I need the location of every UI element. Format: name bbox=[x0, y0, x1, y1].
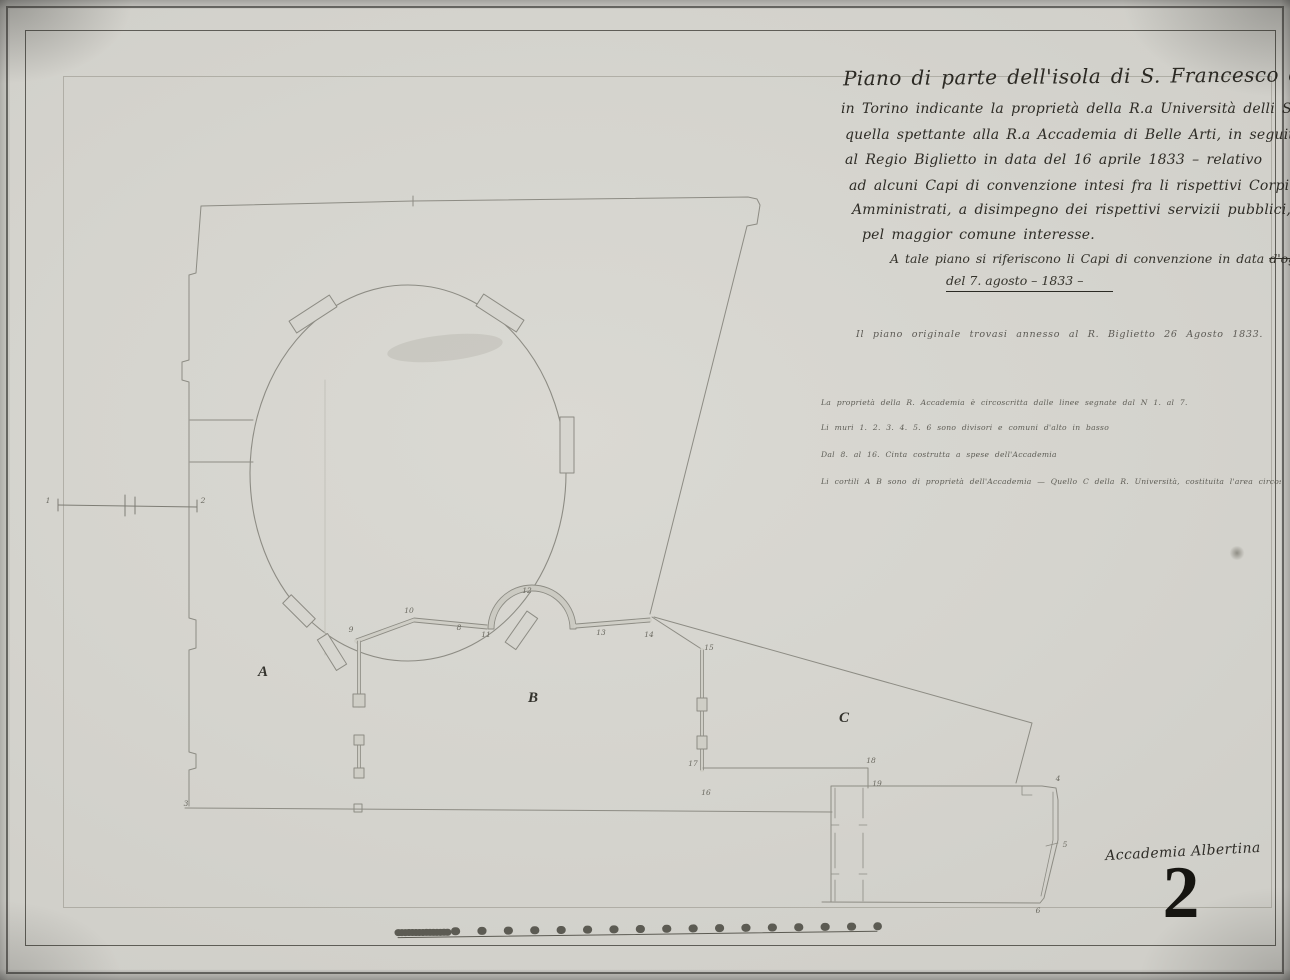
wall-b-c bbox=[697, 650, 707, 770]
wall-c-bottom-line bbox=[703, 768, 868, 788]
plate-number: 2 bbox=[1126, 856, 1236, 930]
scale-bar bbox=[398, 926, 878, 937]
archival-photograph: A B C 1 2 3 9 10 8 11 12 13 14 15 16 17 … bbox=[0, 0, 1290, 980]
plan-marker: 8 bbox=[457, 623, 462, 632]
rotunda-smudge bbox=[386, 329, 504, 367]
plan-marker: 17 bbox=[688, 759, 698, 768]
plan-marker: 18 bbox=[866, 756, 876, 765]
rotunda-tab-nw bbox=[289, 295, 337, 333]
plan-marker: 13 bbox=[596, 628, 606, 637]
title-line-5: ad alcuni Capi di convenzione intesi fra… bbox=[849, 178, 1289, 194]
bottom-boundary-line bbox=[185, 808, 832, 812]
title-line-2: in Torino indicante la proprietà della R… bbox=[841, 101, 1290, 117]
legend-line-3: Dal 8. al 16. Cinta costrutta a spese de… bbox=[821, 450, 1281, 459]
reference-date-underlined: del 7. agosto – 1833 – bbox=[946, 273, 1113, 292]
title-line-1: Piano di parte dell'isola di S. Francesc… bbox=[843, 62, 1290, 91]
paper-stain bbox=[1229, 546, 1245, 560]
plan-marker: 12 bbox=[522, 586, 532, 595]
left-dimension-line bbox=[58, 495, 197, 516]
plan-marker: 16 bbox=[701, 788, 711, 797]
floor-plan-drawing: A B C 1 2 3 9 10 8 11 12 13 14 15 16 17 … bbox=[0, 0, 1290, 980]
title-line-4: al Regio Biglietto in data del 16 aprile… bbox=[845, 152, 1262, 168]
plan-marker: 1 bbox=[46, 496, 51, 505]
building-block bbox=[822, 786, 1058, 903]
courtyard-label-c: C bbox=[839, 710, 850, 726]
plan-marker: 11 bbox=[481, 630, 491, 639]
wall-west-run bbox=[356, 618, 487, 643]
struck-word: d'oggi bbox=[1269, 251, 1290, 266]
rotunda-tab-east bbox=[560, 417, 574, 473]
plan-marker: 4 bbox=[1055, 774, 1061, 783]
courtyard-c-boundary bbox=[652, 617, 1032, 783]
reference-line-text: A tale piano si riferiscono li Capi di c… bbox=[890, 251, 1264, 266]
plan-marker: 14 bbox=[644, 630, 654, 639]
legend-line-1: La proprietà della R. Accademia è circos… bbox=[821, 398, 1281, 407]
courtyard-label-b: B bbox=[527, 690, 538, 706]
courtyard-label-a: A bbox=[257, 664, 268, 680]
wall-east-run bbox=[576, 618, 650, 628]
boundary-marker-square bbox=[354, 804, 362, 812]
plan-marker: 5 bbox=[1063, 840, 1068, 849]
west-corridor bbox=[190, 420, 253, 462]
plan-marker: 2 bbox=[200, 496, 206, 505]
original-plan-note: Il piano originale trovasi annesso al R.… bbox=[856, 329, 1263, 340]
reference-line: A tale piano si riferiscono li Capi di c… bbox=[890, 251, 1290, 266]
plan-marker: 3 bbox=[184, 799, 189, 808]
title-line-3: quella spettante alla R.a Accademia di B… bbox=[845, 127, 1290, 143]
plan-marker: 6 bbox=[1036, 906, 1041, 915]
plan-marker: 19 bbox=[872, 779, 882, 788]
rotunda-tab-ssw bbox=[317, 634, 346, 671]
legend-line-4: Li cortili A B sono di proprietà dell'Ac… bbox=[821, 477, 1281, 486]
plan-marker: 10 bbox=[404, 606, 414, 615]
rotunda-tab-sw bbox=[283, 595, 316, 628]
title-line-6: Amministrati, a disimpegno dei rispettiv… bbox=[852, 202, 1290, 218]
parcel-outline bbox=[182, 197, 760, 806]
plan-marker: 9 bbox=[349, 625, 354, 634]
legend-line-2: Li muri 1. 2. 3. 4. 5. 6 sono divisori e… bbox=[821, 423, 1281, 432]
plan-marker: 15 bbox=[704, 643, 714, 652]
wall-stub-south bbox=[353, 641, 365, 778]
title-line-7: pel maggior comune interesse. bbox=[862, 227, 1095, 243]
rotunda-tab-ne bbox=[476, 294, 524, 332]
